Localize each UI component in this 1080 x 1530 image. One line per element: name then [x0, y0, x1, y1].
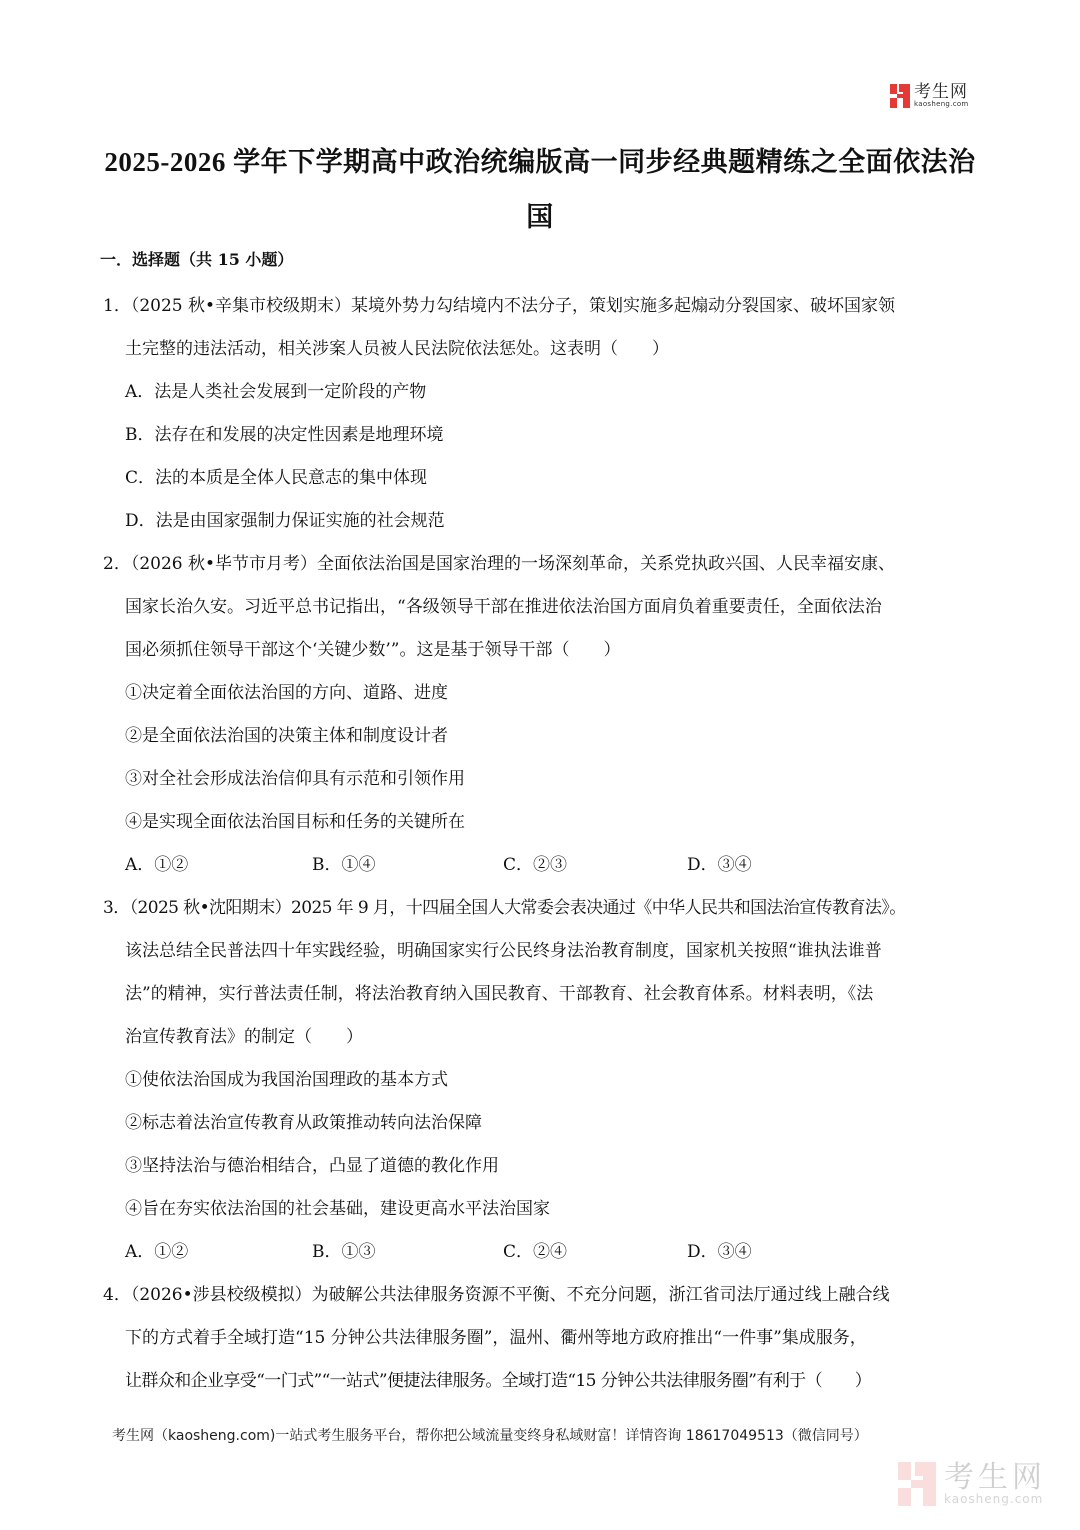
question-2-statement-4: ④是实现全面依法治国目标和任务的关键所在	[125, 807, 465, 832]
question-3-choice-b: B．①③	[312, 1237, 376, 1262]
question-2-line-1: 2．（2026 秋•毕节市月考）全面依法治国是国家治理的一场深刻革命，关系党执政…	[103, 549, 895, 574]
question-3-line-3: 法”的精神，实行普法责任制，将法治教育纳入国民教育、干部教育、社会教育体系。材料…	[125, 979, 873, 1004]
document-title-line2: 国	[100, 195, 980, 234]
question-2-choice-b: B．①④	[312, 850, 376, 875]
question-1-option-b: B．法存在和发展的决定性因素是地理环境	[125, 420, 444, 445]
question-1-option-d: D．法是由国家强制力保证实施的社会规范	[125, 506, 445, 531]
document-title-line1: 2025-2026 学年下学期高中政治统编版高一同步经典题精练之全面依法治	[100, 140, 980, 179]
question-1-line-2: 土完整的违法活动，相关涉案人员被人民法院依法惩处。这表明（ ）	[125, 334, 669, 359]
question-3-line-1: 3．（2025 秋•沈阳期末）2025 年 9 月，十四届全国人大常委会表决通过…	[103, 893, 906, 918]
question-3-choice-a: A．①②	[125, 1237, 188, 1262]
question-2-choice-a: A．①②	[125, 850, 188, 875]
kaosheng-logo-icon	[890, 84, 910, 108]
question-2-line-3: 国必须抓住领导干部这个‘关键少数’”。这是基于领导干部（ ）	[125, 635, 621, 660]
footer-promo-text: 考生网（kaosheng.com)一站式考生服务平台，帮你把公域流量变终身私域财…	[112, 1425, 868, 1445]
kaosheng-watermark-icon	[898, 1462, 936, 1506]
logo-en-text: kaosheng.com	[914, 101, 969, 108]
question-3-choice-c: C．②④	[503, 1237, 567, 1262]
question-3-line-4: 治宣传教育法》的制定（ ）	[125, 1022, 363, 1047]
question-2-choice-c: C．②③	[503, 850, 567, 875]
question-1-option-a: A．法是人类社会发展到一定阶段的产物	[125, 377, 426, 402]
question-4-line-2: 下的方式着手全域打造“15 分钟公共法律服务圈”，温州、衢州等地方政府推出“一件…	[125, 1323, 867, 1348]
question-4-line-3: 让群众和企业享受“一门式”“一站式”便捷法律服务。全域打造“15 分钟公共法律服…	[125, 1366, 871, 1391]
document-page: 考生网 kaosheng.com 2025-2026 学年下学期高中政治统编版高…	[0, 0, 1080, 1530]
question-3-statement-3: ③坚持法治与德治相结合，凸显了道德的教化作用	[125, 1151, 499, 1176]
question-1-line-1: 1．（2025 秋•辛集市校级期末）某境外势力勾结境内不法分子，策划实施多起煽动…	[103, 291, 895, 316]
question-2-statement-3: ③对全社会形成法治信仰具有示范和引领作用	[125, 764, 465, 789]
logo-cn-text: 考生网	[914, 84, 969, 101]
question-4-line-1: 4．（2026•涉县校级模拟）为破解公共法律服务资源不平衡、不充分问题，浙江省司…	[103, 1280, 890, 1305]
question-3-choice-d: D．③④	[687, 1237, 752, 1262]
question-2-statement-1: ①决定着全面依法治国的方向、道路、进度	[125, 678, 448, 703]
question-2-choice-d: D．③④	[687, 850, 752, 875]
question-3-statement-1: ①使依法治国成为我国治国理政的基本方式	[125, 1065, 448, 1090]
question-3-statement-2: ②标志着法治宣传教育从政策推动转向法治保障	[125, 1108, 482, 1133]
question-3-line-2: 该法总结全民普法四十年实践经验，明确国家实行公民终身法治教育制度，国家机关按照“…	[125, 936, 882, 961]
question-2-line-2: 国家长治久安。习近平总书记指出，“各级领导干部在推进依法治国方面肩负着重要责任，…	[125, 592, 882, 617]
question-2-statement-2: ②是全面依法治国的决策主体和制度设计者	[125, 721, 448, 746]
watermark-cn-text: 考生网	[944, 1463, 1046, 1493]
question-3-choices: A．①② B．①③ C．②④ D．③④	[125, 1237, 885, 1261]
watermark-en-text: kaosheng.com	[944, 1493, 1046, 1505]
kaosheng-logo: 考生网 kaosheng.com	[890, 82, 969, 110]
question-1-option-c: C．法的本质是全体人民意志的集中体现	[125, 463, 427, 488]
section-heading: 一．选择题（共 15 小题）	[100, 247, 293, 270]
kaosheng-watermark: 考生网 kaosheng.com	[898, 1462, 1046, 1506]
question-3-statement-4: ④旨在夯实依法治国的社会基础，建设更高水平法治国家	[125, 1194, 550, 1219]
question-2-choices: A．①② B．①④ C．②③ D．③④	[125, 850, 885, 874]
